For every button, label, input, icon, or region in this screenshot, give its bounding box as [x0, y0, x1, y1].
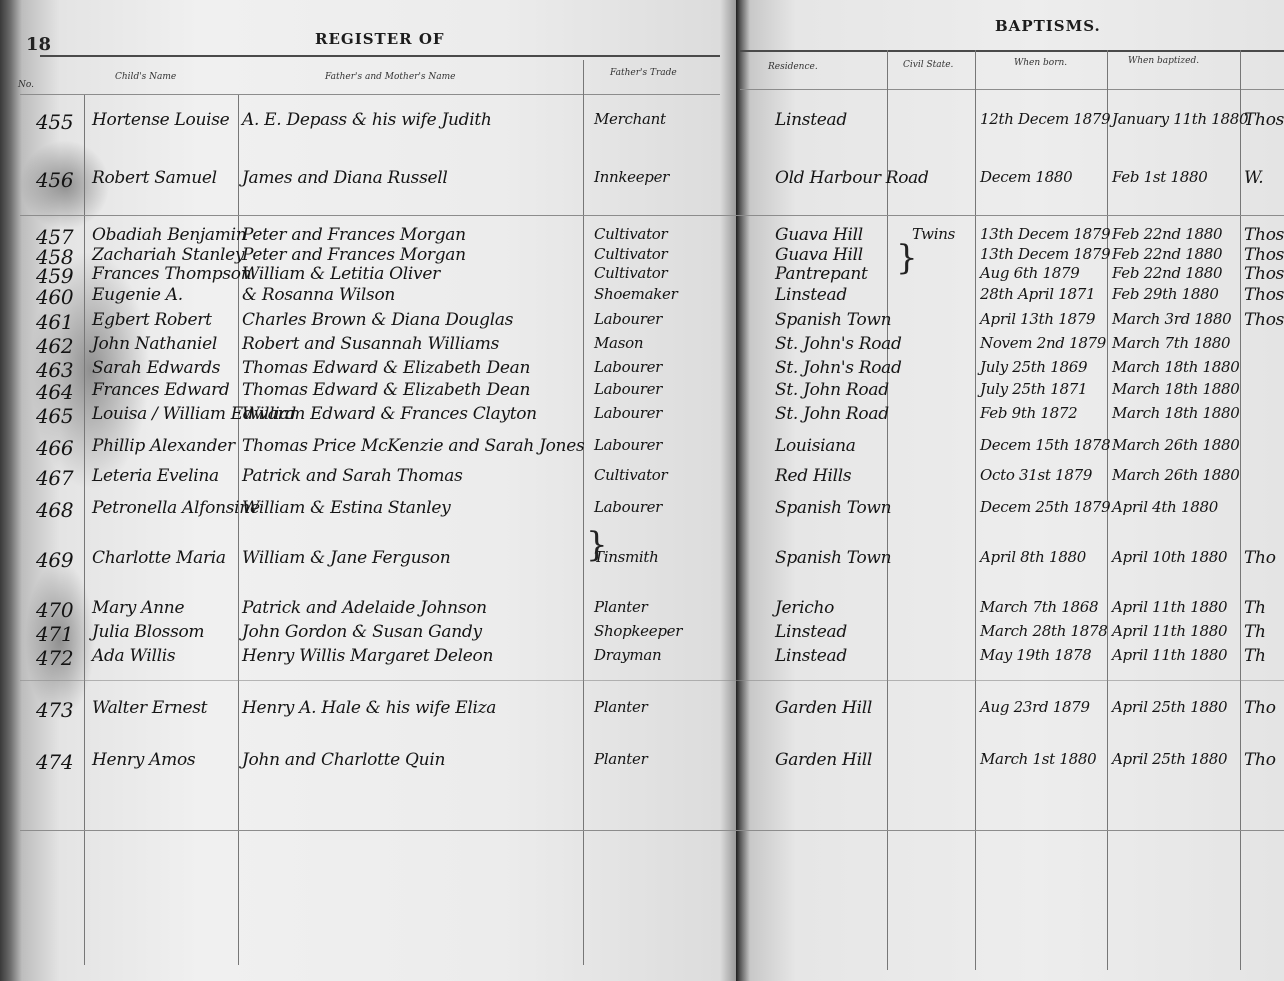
entry-baptized: March 26th 1880	[1112, 466, 1240, 484]
entry-baptized: April 11th 1880	[1112, 622, 1227, 640]
entry-trade: Innkeeper	[594, 168, 669, 186]
entry-child: Charlotte Maria	[92, 548, 226, 568]
entry-child: Hortense Louise	[92, 110, 229, 130]
entry-trade: Planter	[594, 750, 647, 768]
entry-child: Frances Edward	[92, 380, 230, 400]
entry-born: 13th Decem 1879	[980, 225, 1110, 243]
entry-trade: Labourer	[594, 310, 662, 328]
entry-by: Th	[1244, 622, 1266, 642]
entry-baptized: April 25th 1880	[1112, 750, 1227, 768]
entry-born: April 8th 1880	[980, 548, 1086, 566]
col-residence: Residence.	[768, 62, 818, 72]
entry-parents: John Gordon & Susan Gandy	[242, 622, 482, 642]
entry-residence: Linstead	[775, 285, 847, 305]
entry-baptized: Feb 1st 1880	[1112, 168, 1207, 186]
entry-child: Leteria Evelina	[92, 466, 219, 486]
entry-residence: Garden Hill	[775, 750, 872, 770]
entry-residence: Linstead	[775, 110, 847, 130]
entry-no: 467	[36, 466, 73, 490]
entry-no: 456	[36, 168, 73, 192]
entry-by: Thos.	[1244, 110, 1284, 130]
entry-residence: Garden Hill	[775, 698, 872, 718]
entry-no: 471	[36, 622, 73, 646]
entry-trade: Planter	[594, 598, 647, 616]
col-child-name: Child's Name	[115, 72, 176, 82]
entry-trade: Shoemaker	[594, 285, 677, 303]
entry-parents: John and Charlotte Quin	[242, 750, 445, 770]
entry-by: Tho	[1244, 698, 1276, 718]
entry-no: 455	[36, 110, 73, 134]
entry-child: Egbert Robert	[92, 310, 212, 330]
entry-child: Sarah Edwards	[92, 358, 220, 378]
entry-parents: Patrick and Sarah Thomas	[242, 466, 463, 486]
entry-no: 464	[36, 380, 73, 404]
entry-born: May 19th 1878	[980, 646, 1091, 664]
col-civil-state: Civil State.	[903, 60, 953, 70]
entry-no: 468	[36, 498, 73, 522]
entry-parents: Peter and Frances Morgan	[242, 225, 466, 245]
entry-child: Obadiah Benjamin	[92, 225, 246, 245]
entry-born: Aug 23rd 1879	[980, 698, 1090, 716]
entry-child: Phillip Alexander	[92, 436, 235, 456]
entry-by: Thos	[1244, 245, 1284, 265]
left-page	[0, 0, 736, 981]
entry-no: 469	[36, 548, 73, 572]
entry-residence: Old Harbour Road	[775, 168, 929, 188]
col-fathers-trade: Father's Trade	[610, 68, 677, 78]
entry-parents: Patrick and Adelaide Johnson	[242, 598, 487, 618]
entry-born: Octo 31st 1879	[980, 466, 1092, 484]
entry-no: 472	[36, 646, 73, 670]
entry-born: March 1st 1880	[980, 750, 1096, 768]
entry-by: Tho	[1244, 548, 1276, 568]
entry-no: 461	[36, 310, 73, 334]
entry-child: Julia Blossom	[92, 622, 204, 642]
entry-baptized: April 11th 1880	[1112, 598, 1227, 616]
entry-trade: Drayman	[594, 646, 661, 664]
entry-residence: St. John Road	[775, 404, 889, 424]
entry-parents: Thomas Edward & Elizabeth Dean	[242, 358, 530, 378]
entry-born: 28th April 1871	[980, 285, 1095, 303]
entry-trade: Cultivator	[594, 466, 667, 484]
entry-trade: Planter	[594, 698, 647, 716]
col-parents-name: Father's and Mother's Name	[325, 72, 456, 82]
entry-born: Novem 2nd 1879	[980, 334, 1106, 352]
col-no: No.	[18, 80, 34, 90]
entry-residence: Spanish Town	[775, 498, 891, 518]
entry-born: Feb 9th 1872	[980, 404, 1077, 422]
entry-parents: Thomas Edward & Elizabeth Dean	[242, 380, 530, 400]
entry-born: Decem 25th 1879	[980, 498, 1110, 516]
entry-child: Walter Ernest	[92, 698, 207, 718]
page-number: 18	[26, 34, 51, 55]
entry-baptized: April 25th 1880	[1112, 698, 1227, 716]
entry-trade: Labourer	[594, 436, 662, 454]
twins-brace: }	[896, 238, 918, 278]
entry-trade: Merchant	[594, 110, 666, 128]
entry-residence: Jericho	[775, 598, 834, 618]
entry-residence: Spanish Town	[775, 310, 891, 330]
entry-parents: Peter and Frances Morgan	[242, 245, 466, 265]
entry-baptized: Feb 22nd 1880	[1112, 225, 1222, 243]
entry-by: Thos	[1244, 285, 1284, 305]
entry-baptized: March 3rd 1880	[1112, 310, 1231, 328]
entry-parents: William & Letitia Oliver	[242, 264, 440, 284]
entry-residence: Pantrepant	[775, 264, 868, 284]
entry-child: Eugenie A.	[92, 285, 183, 305]
entry-by: Th	[1244, 598, 1266, 618]
entry-born: March 7th 1868	[980, 598, 1098, 616]
entry-baptized: April 11th 1880	[1112, 646, 1227, 664]
entry-born: Decem 1880	[980, 168, 1072, 186]
entry-trade: Cultivator	[594, 245, 667, 263]
entry-baptized: Feb 22nd 1880	[1112, 245, 1222, 263]
entry-parents: Henry Willis Margaret Deleon	[242, 646, 493, 666]
entry-child: Robert Samuel	[92, 168, 217, 188]
entry-parents: William & Estina Stanley	[242, 498, 450, 518]
entry-parents: Charles Brown & Diana Douglas	[242, 310, 513, 330]
entry-parents: A. E. Depass & his wife Judith	[242, 110, 492, 130]
entry-trade: Mason	[594, 334, 643, 352]
entry-parents: & Rosanna Wilson	[242, 285, 395, 305]
entry-trade: Labourer	[594, 404, 662, 422]
entry-child: Ada Willis	[92, 646, 175, 666]
entry-baptized: January 11th 1880	[1112, 110, 1248, 128]
right-page	[736, 0, 1284, 981]
entry-trade: Labourer	[594, 498, 662, 516]
entry-no: 460	[36, 285, 73, 309]
entry-born: Aug 6th 1879	[980, 264, 1079, 282]
entry-born: July 25th 1869	[980, 358, 1087, 376]
entry-born: July 25th 1871	[980, 380, 1087, 398]
entry-baptized: April 4th 1880	[1112, 498, 1218, 516]
entry-parents: William & Jane Ferguson	[242, 548, 450, 568]
entry-residence: St. John's Road	[775, 334, 902, 354]
entry-born: April 13th 1879	[980, 310, 1095, 328]
entry-parents: Robert and Susannah Williams	[242, 334, 499, 354]
entry-residence: Red Hills	[775, 466, 851, 486]
entry-by: Thos	[1244, 310, 1284, 330]
entry-child: John Nathaniel	[92, 334, 217, 354]
entry-child: Frances Thompson	[92, 264, 251, 284]
entry-no: 465	[36, 404, 73, 428]
entry-no: 473	[36, 698, 73, 722]
entry-born: 12th Decem 1879	[980, 110, 1110, 128]
entry-trade: Cultivator	[594, 225, 667, 243]
entry-baptized: March 18th 1880	[1112, 358, 1240, 376]
entry-trade: Cultivator	[594, 264, 667, 282]
entry-born: March 28th 1878	[980, 622, 1108, 640]
entry-child: Henry Amos	[92, 750, 195, 770]
entry-no: 466	[36, 436, 73, 460]
col-when-baptized: When baptized.	[1128, 56, 1199, 66]
entry-parents: Thomas Price McKenzie and Sarah Jones	[242, 436, 584, 456]
entry-by: Thos	[1244, 225, 1284, 245]
entry-no: 462	[36, 334, 73, 358]
entry-residence: Linstead	[775, 622, 847, 642]
entry-child: Mary Anne	[92, 598, 184, 618]
entry-trade: Shopkeeper	[594, 622, 682, 640]
baptisms-title: BAPTISMS.	[995, 17, 1101, 35]
entry-parents: Henry A. Hale & his wife Eliza	[242, 698, 496, 718]
entry-parents: William Edward & Frances Clayton	[242, 404, 537, 424]
entry-by: Tho	[1244, 750, 1276, 770]
entry-trade: Labourer	[594, 380, 662, 398]
entry-baptized: April 10th 1880	[1112, 548, 1227, 566]
entry-baptized: Feb 22nd 1880	[1112, 264, 1222, 282]
entry-baptized: March 26th 1880	[1112, 436, 1240, 454]
entry-no: 474	[36, 750, 73, 774]
entry-by: Thos	[1244, 264, 1284, 284]
entry-baptized: March 18th 1880	[1112, 404, 1240, 422]
entry-child: Petronella Alfonsine	[92, 498, 260, 518]
entry-baptized: Feb 29th 1880	[1112, 285, 1219, 303]
entry-no: 463	[36, 358, 73, 382]
entry-residence: St. John's Road	[775, 358, 902, 378]
entry-residence: Spanish Town	[775, 548, 891, 568]
entry-no: 470	[36, 598, 73, 622]
entry-baptized: March 18th 1880	[1112, 380, 1240, 398]
entry-by: Th	[1244, 646, 1266, 666]
entry-by: W.	[1244, 168, 1263, 188]
col-when-born: When born.	[1014, 58, 1067, 68]
entry-trade: Labourer	[594, 358, 662, 376]
entry-parents: James and Diana Russell	[242, 168, 448, 188]
entry-residence: Linstead	[775, 646, 847, 666]
entry-child: Zachariah Stanley	[92, 245, 244, 265]
entry-baptized: March 7th 1880	[1112, 334, 1230, 352]
entry-born: 13th Decem 1879	[980, 245, 1110, 263]
entry-residence: St. John Road	[775, 380, 889, 400]
register-title: REGISTER OF	[315, 30, 445, 48]
entry-residence: Guava Hill	[775, 225, 863, 245]
entry-residence: Louisiana	[775, 436, 856, 456]
parents-brace: }	[586, 525, 608, 565]
entry-born: Decem 15th 1878	[980, 436, 1110, 454]
entry-residence: Guava Hill	[775, 245, 863, 265]
entry-civil: Twins	[912, 225, 955, 243]
